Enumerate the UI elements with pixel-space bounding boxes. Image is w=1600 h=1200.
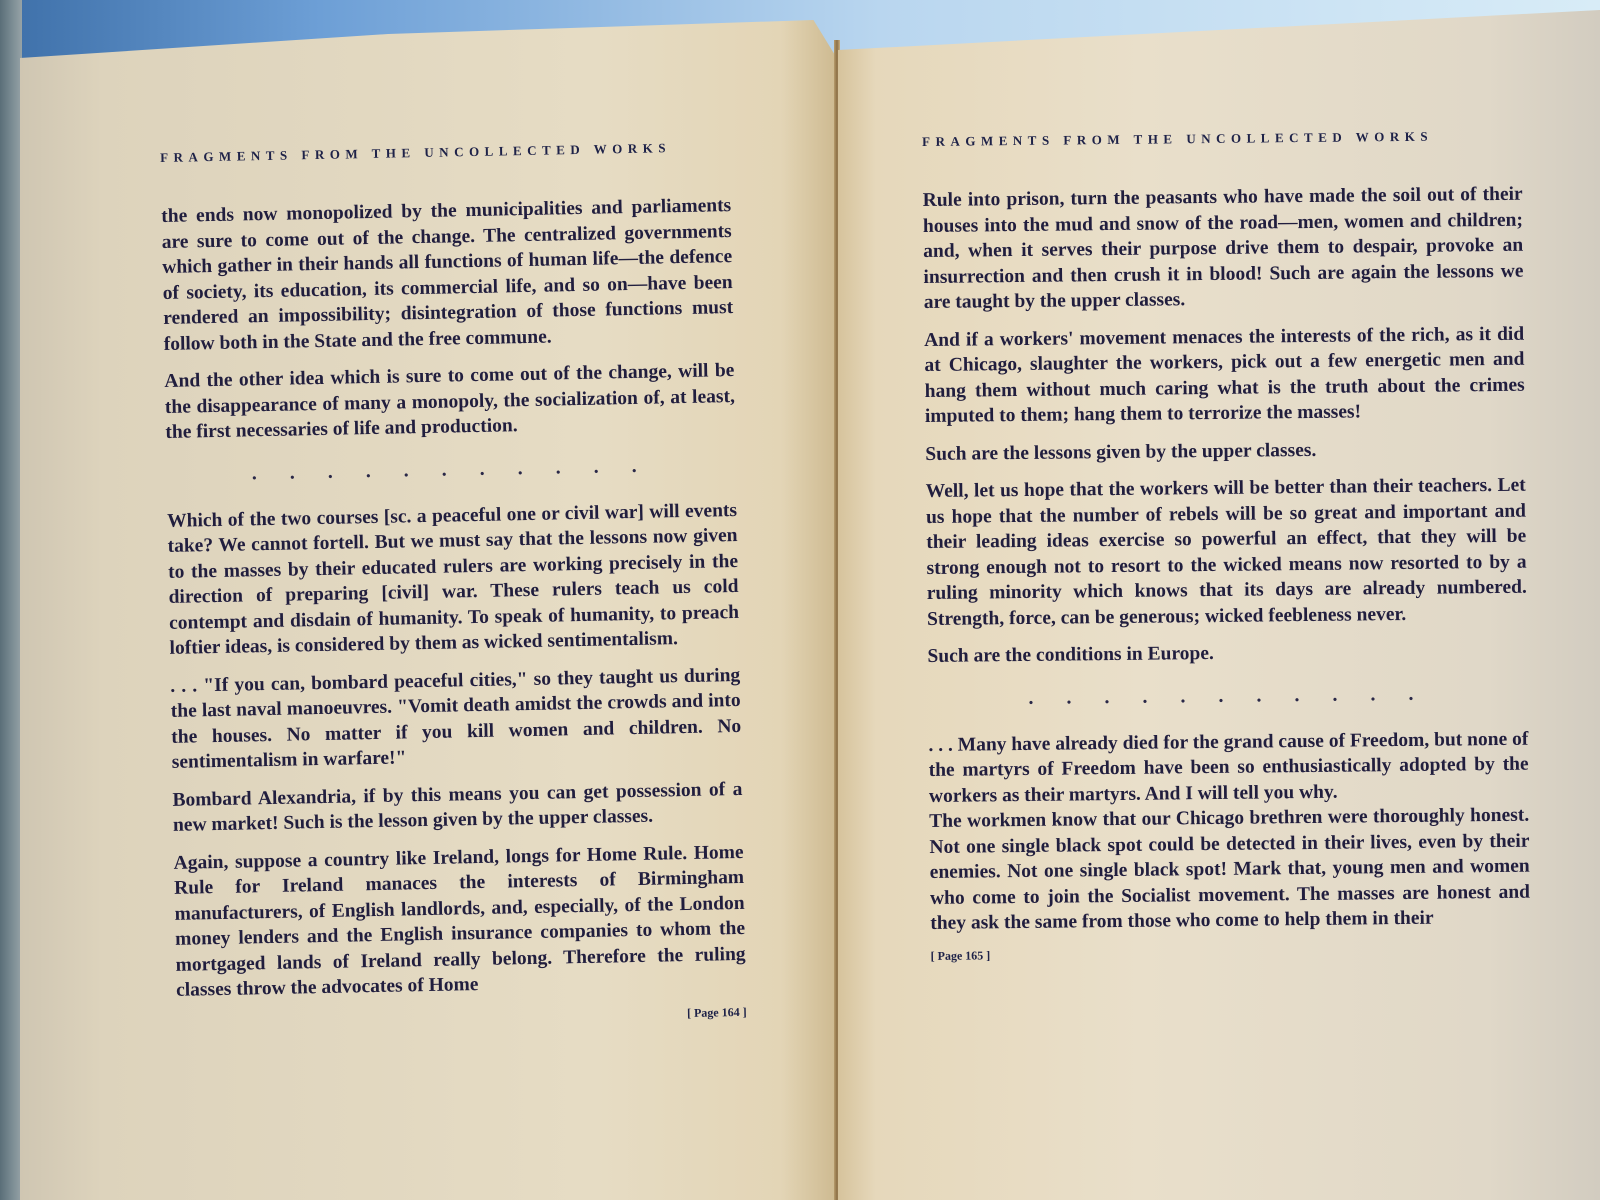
paragraph: the ends now monopolized by the municipa…	[161, 193, 734, 357]
paragraph: Well, let us hope that the workers will …	[926, 473, 1528, 632]
paragraph: Rule into prison, turn the peasants who …	[923, 182, 1524, 316]
paragraph: Such are the lessons given by the upper …	[925, 435, 1525, 467]
paragraph: And if a workers' movement menaces the i…	[924, 321, 1525, 429]
paragraph: And the other idea which is sure to come…	[164, 358, 735, 445]
paragraph: Bombard Alexandria, if by this means you…	[172, 776, 743, 838]
paragraph: . . . "If you can, bombard peaceful citi…	[170, 662, 742, 775]
paragraph: Such are the conditions in Europe.	[927, 638, 1527, 670]
book-cover-edge	[0, 0, 22, 1200]
paragraph: . . . Many have already died for the gra…	[928, 726, 1529, 809]
paragraph: Which of the two courses [sc. a peaceful…	[167, 497, 740, 661]
paragraph: Again, suppose a country like Ireland, l…	[173, 839, 746, 1003]
paragraph: The workmen know that our Chicago brethr…	[929, 803, 1530, 937]
right-page-text: Fragments from the Uncollected Works Rul…	[922, 128, 1531, 964]
left-page-text: Fragments from the Uncollected Works the…	[160, 139, 747, 1030]
section-break: . . . . . . . . . . .	[928, 681, 1528, 710]
section-break: . . . . . . . . . . .	[166, 452, 736, 486]
